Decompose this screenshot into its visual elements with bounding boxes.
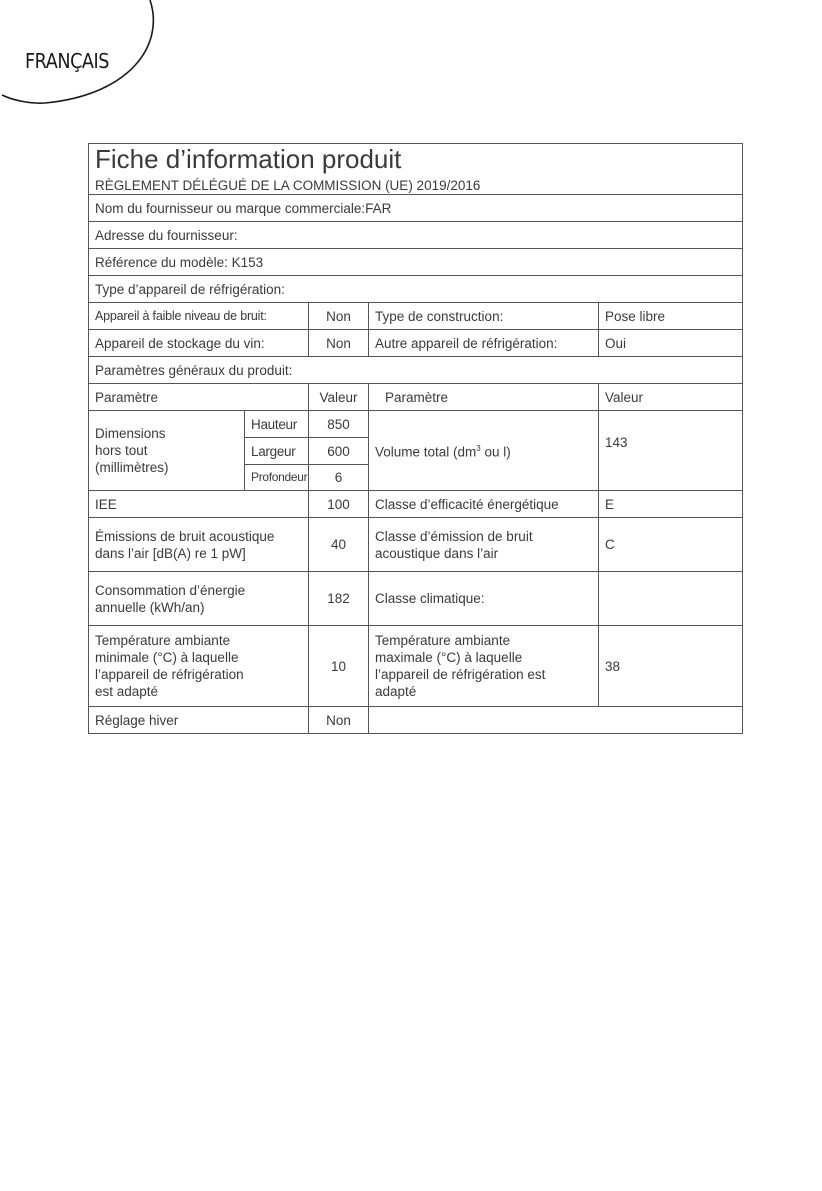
appliance-type: Type d’appareil de réfrigération: [89, 276, 743, 303]
depth-label: Profondeur [245, 465, 309, 491]
energy-consumption-value: 182 [309, 572, 369, 626]
dimensions-label: Dimensions hors tout (millimètres) [89, 411, 245, 491]
construction-label: Type de construction: [369, 303, 599, 330]
winter-setting-value: Non [309, 707, 369, 734]
supplier-address: Adresse du fournisseur: [89, 222, 743, 249]
height-value: 850 [309, 411, 369, 438]
product-information-sheet: Fiche d’information produit RÈGLEMENT DÉ… [88, 143, 743, 734]
min-temp-label: Température ambianteminimale (°C) à laqu… [89, 626, 309, 707]
depth-value: 6 [309, 465, 369, 491]
construction-value: Pose libre [599, 303, 743, 330]
height-label: Hauteur [245, 411, 309, 438]
eei-label: IEE [89, 491, 309, 518]
noise-emission-label: Émissions de bruit acoustiquedans l’air … [89, 518, 309, 572]
climate-class-label: Classe climatique: [369, 572, 599, 626]
empty-cell [369, 707, 743, 734]
general-params-heading: Paramètres généraux du produit: [89, 357, 743, 384]
header-param-1: Paramètre [89, 384, 309, 411]
energy-consumption-label: Consommation d’énergieannuelle (kWh/an) [89, 572, 309, 626]
model-reference: Référence du modèle: K153 [89, 249, 743, 276]
max-temp-label: Température ambiantemaximale (°C) à laqu… [369, 626, 599, 707]
max-temp-value: 38 [599, 626, 743, 707]
supplier-name: Nom du fournisseur ou marque commerciale… [89, 195, 743, 222]
width-value: 600 [309, 438, 369, 465]
climate-class-value [599, 572, 743, 626]
energy-class-value: E [599, 491, 743, 518]
sheet-title: Fiche d’information produit [95, 144, 736, 174]
low-noise-label: Appareil à faible niveau de bruit: [89, 303, 309, 330]
other-appliance-label: Autre appareil de réfrigération: [369, 330, 599, 357]
eei-value: 100 [309, 491, 369, 518]
noise-class-label: Classe d’émission de bruitacoustique dan… [369, 518, 599, 572]
header-value-1: Valeur [309, 384, 369, 411]
noise-class-value: C [599, 518, 743, 572]
other-appliance-value: Oui [599, 330, 743, 357]
sheet-header: Fiche d’information produit RÈGLEMENT DÉ… [89, 144, 743, 195]
header-value-2: Valeur [599, 384, 743, 411]
width-label: Largeur [245, 438, 309, 465]
volume-label: Volume total (dm3 ou l) [369, 411, 599, 491]
noise-emission-value: 40 [309, 518, 369, 572]
wine-storage-label: Appareil de stockage du vin: [89, 330, 309, 357]
low-noise-value: Non [309, 303, 369, 330]
header-param-2: Paramètre [369, 384, 599, 411]
regulation-subtitle: RÈGLEMENT DÉLÉGUÉ DE LA COMMISSION (UE) … [95, 177, 736, 194]
wine-storage-value: Non [309, 330, 369, 357]
energy-class-label: Classe d’efficacité énergétique [369, 491, 599, 518]
volume-value: 143 [599, 411, 743, 491]
winter-setting-label: Réglage hiver [89, 707, 309, 734]
min-temp-value: 10 [309, 626, 369, 707]
language-label: FRANÇAIS [25, 49, 109, 73]
